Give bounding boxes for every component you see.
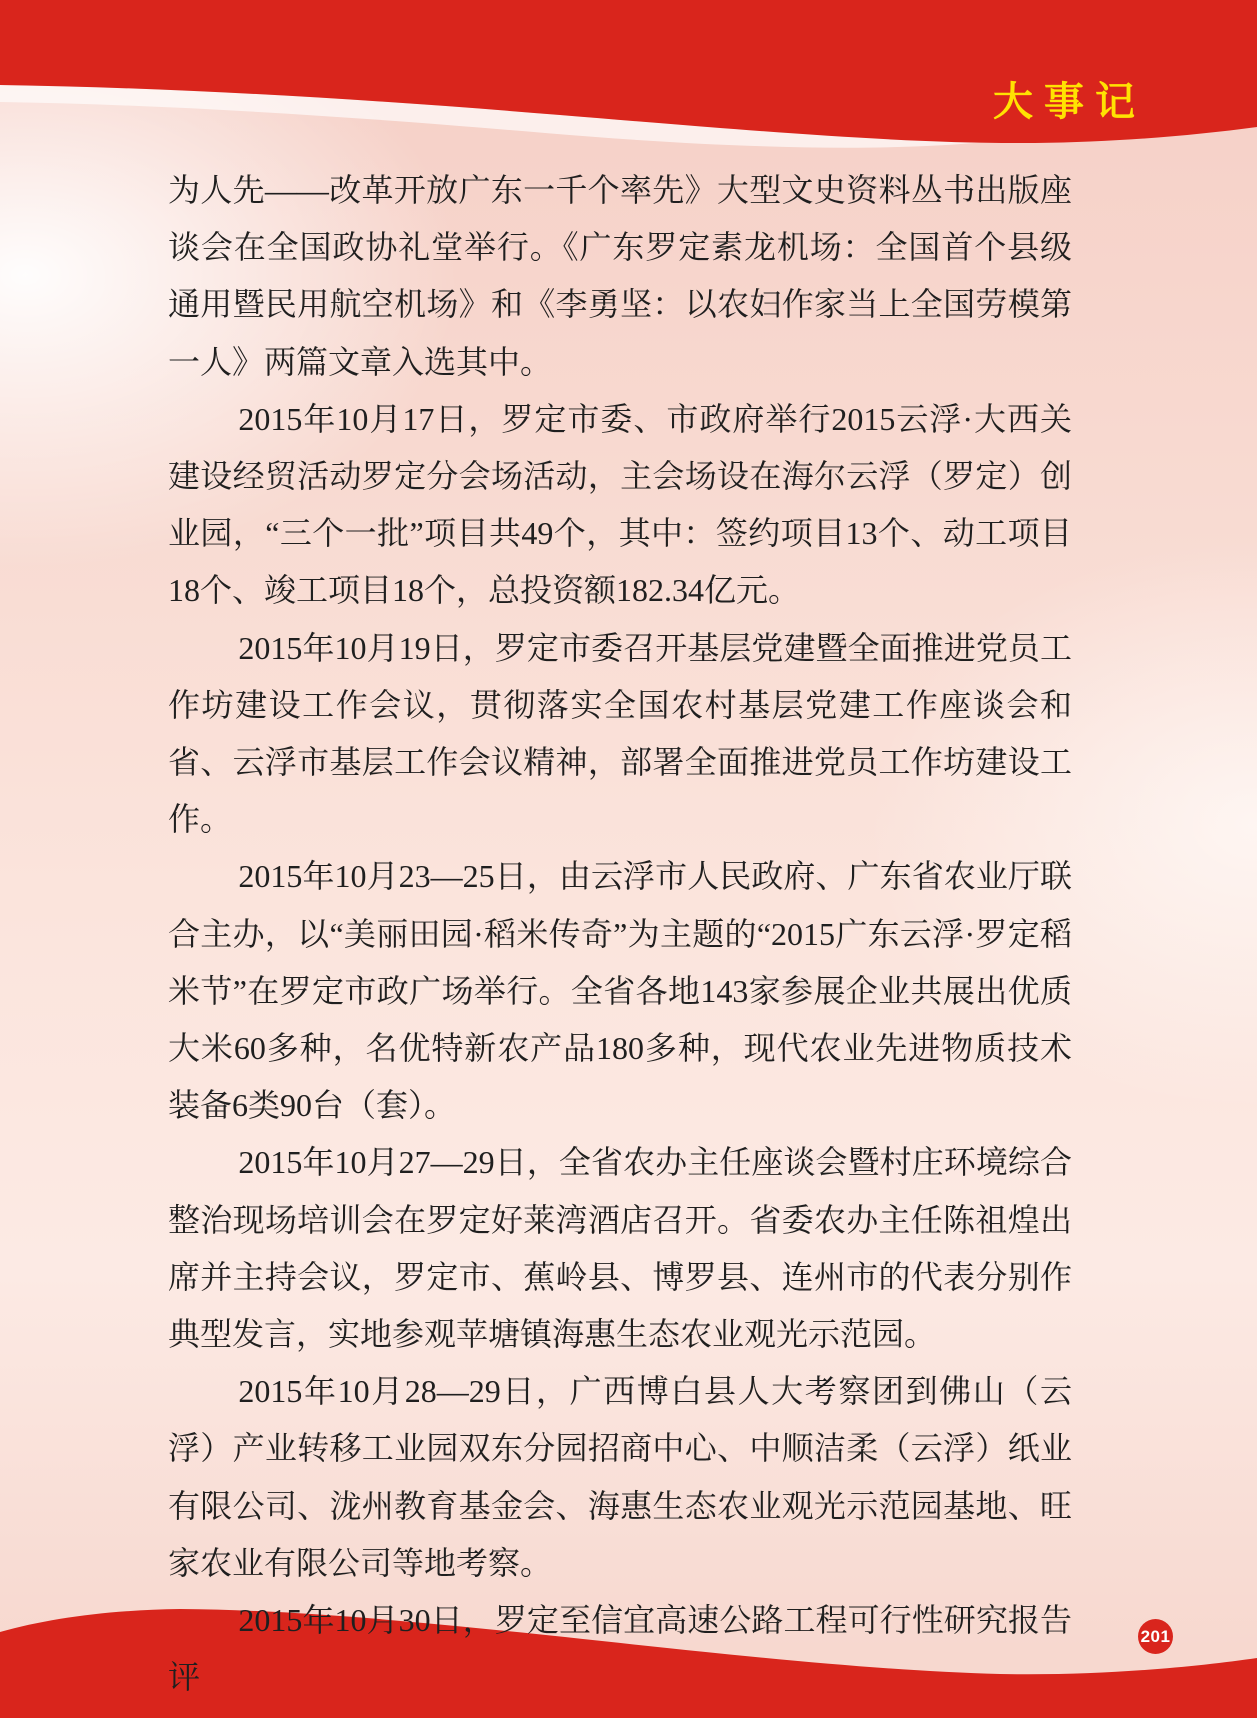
page-number-badge: 201 <box>1138 1619 1173 1654</box>
paragraph: 2015年10月28—29日，广西博白县人大考察团到佛山（云浮）产业转移工业园双… <box>168 1363 1072 1592</box>
document-page: 大事记 为人先——改革开放广东一千个率先》大型文史资料丛书出版座谈会在全国政协礼… <box>0 0 1257 1718</box>
paragraph: 为人先——改革开放广东一千个率先》大型文史资料丛书出版座谈会在全国政协礼堂举行。… <box>168 162 1072 391</box>
paragraph: 2015年10月27—29日，全省农办主任座谈会暨村庄环境综合整治现场培训会在罗… <box>168 1134 1072 1363</box>
page-header-title: 大事记 <box>993 70 1146 127</box>
paragraph: 2015年10月19日，罗定市委召开基层党建暨全面推进党员工作坊建设工作会议，贯… <box>168 620 1072 849</box>
page-number: 201 <box>1141 1627 1171 1647</box>
paragraph: 2015年10月17日，罗定市委、市政府举行2015云浮·大西关建设经贸活动罗定… <box>168 391 1072 620</box>
body-text: 为人先——改革开放广东一千个率先》大型文史资料丛书出版座谈会在全国政协礼堂举行。… <box>168 162 1072 1706</box>
paragraph: 2015年10月30日，罗定至信宜高速公路工程可行性研究报告评 <box>168 1592 1072 1706</box>
paragraph: 2015年10月23—25日，由云浮市人民政府、广东省农业厅联合主办，以“美丽田… <box>168 848 1072 1134</box>
